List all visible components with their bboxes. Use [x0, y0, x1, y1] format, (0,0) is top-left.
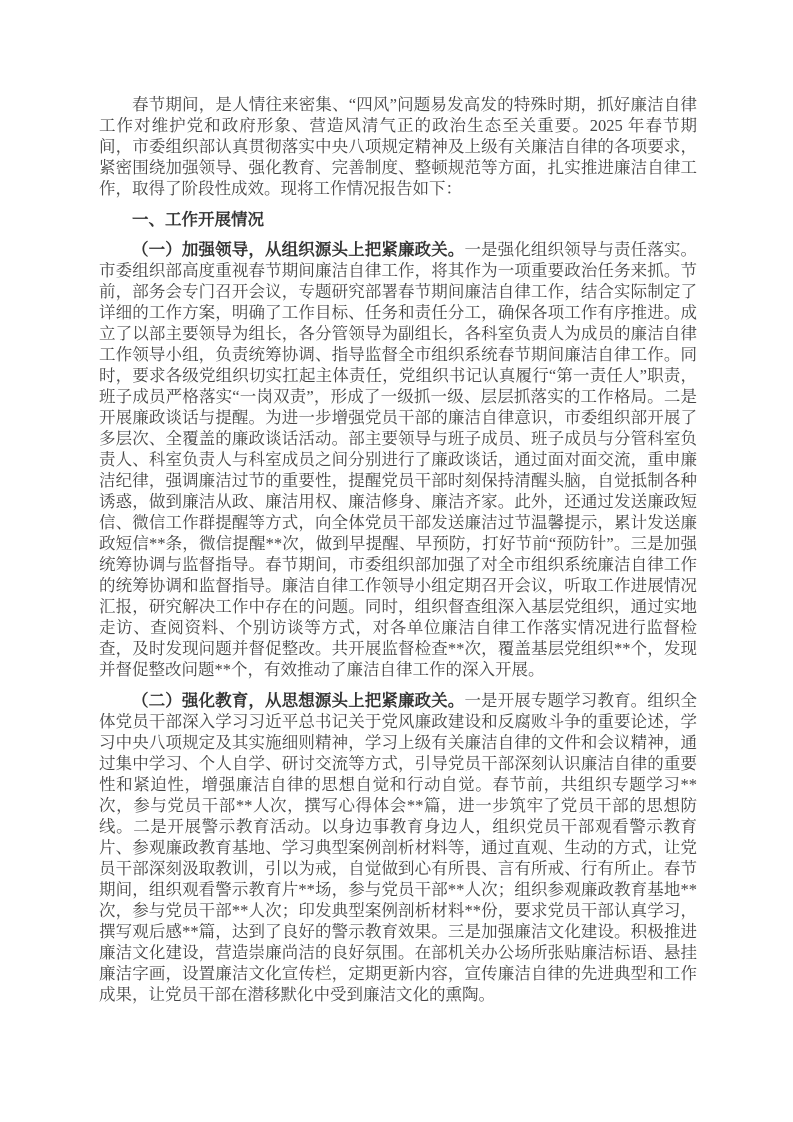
intro-paragraph: 春节期间，是人情往来密集、“四风”问题易发高发的特殊时期，抓好廉洁自律工作对维护… — [99, 94, 697, 199]
subsection-2-body: 一是开展专题学习教育。组织全体党员干部深入学习习近平总书记关于党风廉政建设和反腐… — [99, 691, 697, 1004]
section-heading-work-progress: 一、工作开展情况 — [99, 209, 697, 230]
subsection-1-paragraph: （一）加强领导，从组织源头上把紧廉政关。一是强化组织领导与责任落实。市委组织部高… — [99, 239, 697, 680]
subsection-1-body: 一是强化组织领导与责任落实。市委组织部高度重视春节期间廉洁自律工作，将其作为一项… — [99, 240, 697, 679]
document-page: 春节期间，是人情往来密集、“四风”问题易发高发的特殊时期，抓好廉洁自律工作对维护… — [0, 0, 793, 1122]
subsection-2-paragraph: （二）强化教育，从思想源头上把紧廉政关。一是开展专题学习教育。组织全体党员干部深… — [99, 690, 697, 1005]
page-background: { "page": { "background_color": "#ffffff… — [0, 0, 793, 1122]
subsection-2-title: （二）强化教育，从思想源头上把紧廉政关。 — [132, 691, 464, 710]
subsection-1-title: （一）加强领导，从组织源头上把紧廉政关。 — [132, 240, 464, 259]
